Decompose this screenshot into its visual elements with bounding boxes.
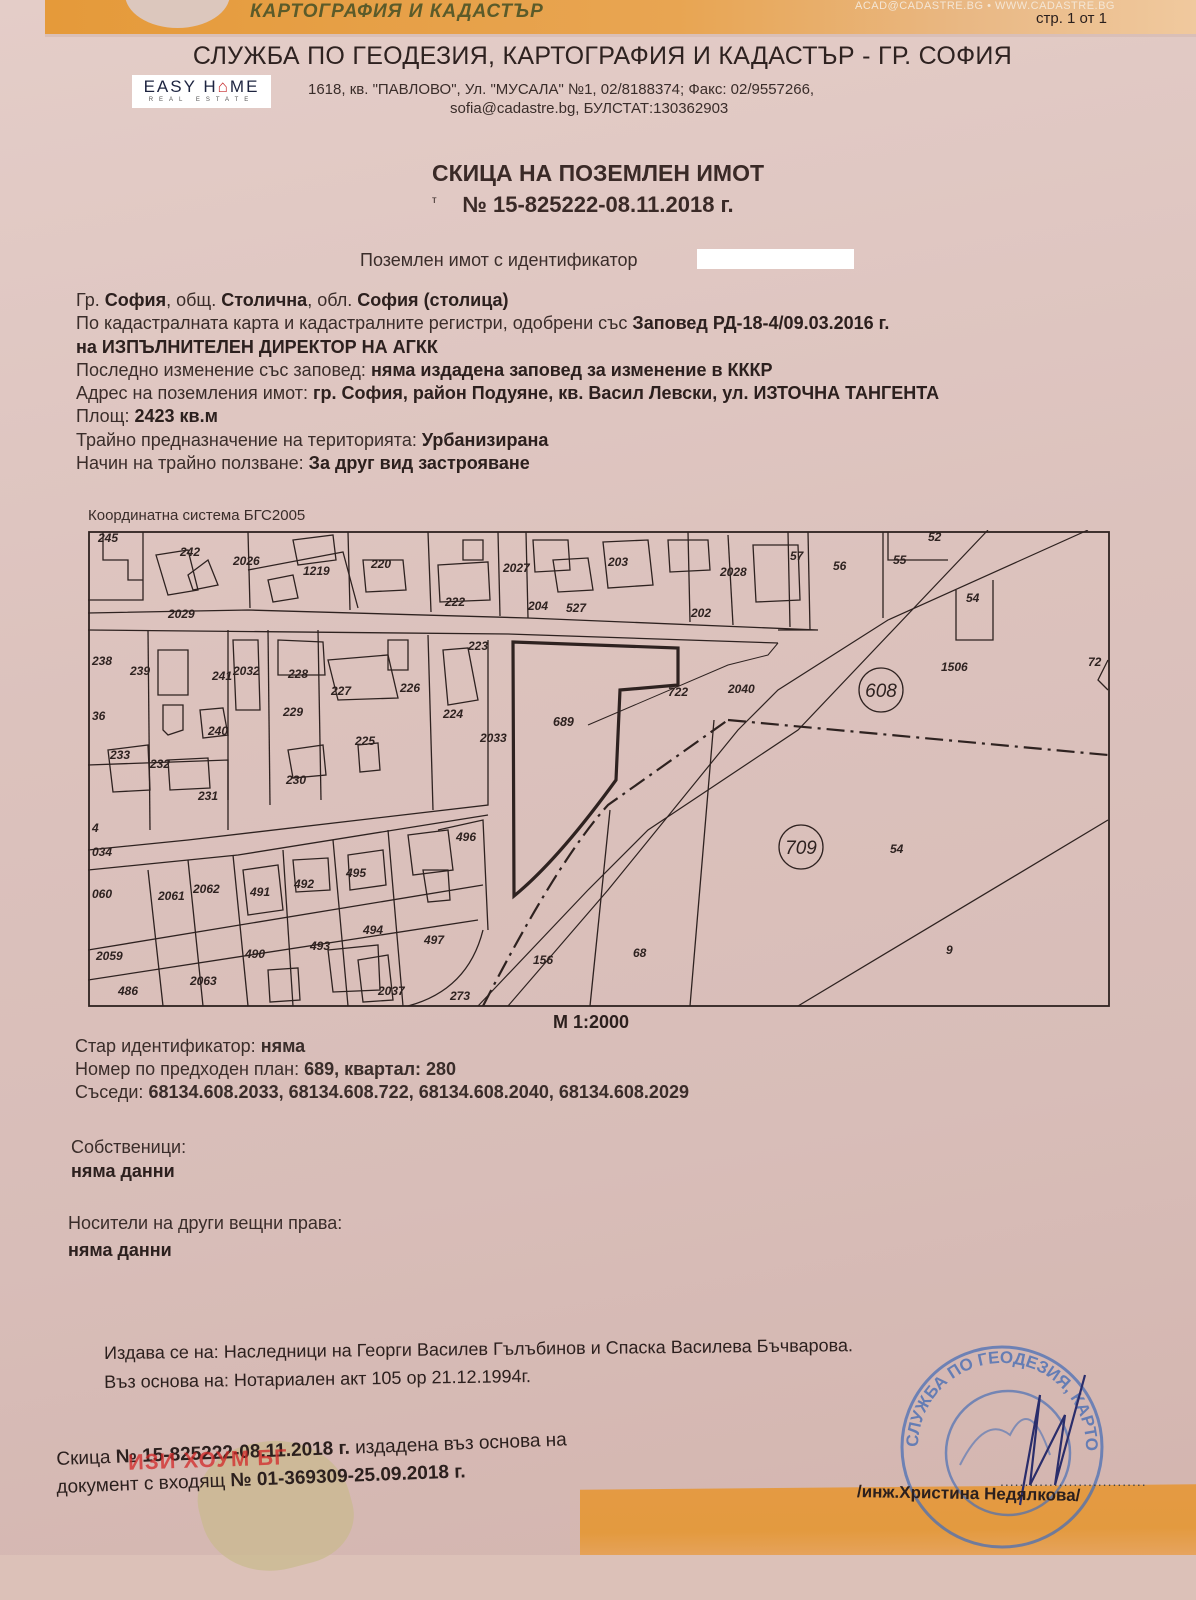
svg-text:55: 55 [893,553,907,567]
svg-text:4: 4 [91,821,99,835]
svg-text:2028: 2028 [719,565,747,579]
header-band-edge [45,34,1196,37]
svg-text:230: 230 [285,773,306,787]
rights-value: няма данни [68,1240,172,1261]
svg-text:241: 241 [211,669,232,683]
svg-text:034: 034 [92,845,112,859]
map-scale: М 1:2000 [553,1012,629,1033]
cadastral-map: 2452422026 1219220222 20272032028 575655… [88,530,1110,1008]
old-identifier-line: Стар идентификатор: няма [75,1035,689,1058]
svg-text:2032: 2032 [232,664,260,678]
map-basis-line: По кадастралната карта и кадастралните р… [76,312,939,335]
svg-text:2059: 2059 [95,949,123,963]
svg-text:226: 226 [399,681,420,695]
svg-text:228: 228 [287,667,308,681]
svg-text:2040: 2040 [727,682,755,696]
red-watermark: ИЗИ ХОУМ БГ [128,1444,288,1476]
location-line: Гр. София, общ. Столична, обл. София (ст… [76,289,939,312]
svg-text:156: 156 [533,953,553,967]
svg-text:2029: 2029 [167,607,195,621]
svg-text:242: 242 [179,545,200,559]
svg-text:273: 273 [449,989,470,1003]
svg-text:245: 245 [97,531,118,545]
svg-text:202: 202 [690,606,711,620]
svg-text:68: 68 [633,946,647,960]
svg-text:54: 54 [966,591,980,605]
svg-text:491: 491 [249,885,270,899]
property-info: Гр. София, общ. Столична, обл. София (ст… [76,289,939,475]
identifier-redacted [697,249,854,269]
svg-text:527: 527 [566,601,587,615]
easy-home-logo: EASY H⌂ME REAL ESTATE [132,75,271,108]
svg-text:231: 231 [197,789,218,803]
svg-text:709: 709 [785,838,817,859]
identifier-label: Поземлен имот с идентификатор [360,250,638,271]
signer-name: /инж.Христина Недялкова/ [857,1482,1081,1506]
service-email-bulstat: sofia@cadastre.bg, БУЛСТАТ:130362903 [450,100,728,117]
footer-edge [0,1555,1196,1600]
svg-text:495: 495 [345,866,366,880]
svg-text:060: 060 [92,887,112,901]
svg-text:497: 497 [423,933,445,947]
page-number: стр. 1 от 1 [1036,10,1107,27]
parcel-details: Стар идентификатор: няма Номер по предхо… [75,1035,689,1104]
svg-text:204: 204 [527,599,548,613]
svg-text:54: 54 [890,842,904,856]
address-line: Адрес на поземления имот: гр. София, рай… [76,382,939,405]
svg-text:227: 227 [330,684,352,698]
area-line: Площ: 2423 кв.м [76,405,939,428]
issued-to-line: Издава се на: Наследници на Георги Васил… [104,1335,853,1364]
svg-text:1506: 1506 [941,660,968,674]
svg-text:225: 225 [354,734,375,748]
service-title: СЛУЖБА ПО ГЕОДЕЗИЯ, КАРТОГРАФИЯ И КАДАСТ… [0,42,1196,71]
svg-text:1219: 1219 [303,564,330,578]
usage-line: Начин на трайно ползване: За друг вид за… [76,452,939,475]
last-change-line: Последно изменение със заповед: няма изд… [76,359,939,382]
svg-text:232: 232 [149,757,170,771]
svg-text:222: 222 [444,595,465,609]
svg-text:203: 203 [607,555,628,569]
svg-text:56: 56 [833,559,847,573]
svg-text:2033: 2033 [479,731,507,745]
svg-text:689: 689 [553,715,574,729]
house-icon: ⌂ [218,77,230,96]
owners-label: Собственици: [71,1137,186,1158]
neighbours-line: Съседи: 68134.608.2033, 68134.608.722, 6… [75,1081,689,1104]
rights-label: Носители на други вещни права: [68,1213,342,1234]
department-name: КАРТОГРАФИЯ И КАДАСТЪР [250,1,544,23]
svg-text:722: 722 [668,685,688,699]
svg-text:2061: 2061 [157,889,185,903]
service-address: 1618, кв. "ПАВЛОВО", Ул. "МУСАЛА" №1, 02… [308,79,814,100]
document-number: № 15-825222-08.11.2018 г. [0,192,1196,218]
svg-text:2027: 2027 [502,561,531,575]
svg-text:229: 229 [282,705,303,719]
owners-value: няма данни [71,1161,175,1182]
svg-text:494: 494 [362,923,383,937]
svg-text:57: 57 [790,549,805,563]
svg-text:220: 220 [370,557,391,571]
map-basis-issuer: на ИЗПЪЛНИТЕЛЕН ДИРЕКТОР НА АГКК [76,336,939,359]
purpose-line: Трайно предназначение на територията: Ур… [76,429,939,452]
svg-text:496: 496 [455,830,476,844]
basis-line: Въз основа на: Нотариален акт 105 ор 21.… [104,1366,531,1393]
svg-text:2037: 2037 [377,984,406,998]
svg-text:72: 72 [1088,655,1102,669]
svg-text:9: 9 [946,943,953,957]
coordinate-system-label: Координатна система БГС2005 [88,507,305,524]
svg-text:2063: 2063 [189,974,217,988]
svg-text:233: 233 [109,748,130,762]
svg-text:608: 608 [865,681,897,702]
svg-text:240: 240 [207,724,228,738]
svg-text:239: 239 [129,664,150,678]
svg-text:2062: 2062 [192,882,220,896]
svg-text:238: 238 [91,654,112,668]
easy-home-sub: REAL ESTATE [132,96,271,104]
easy-home-brand: EASY H⌂ME [132,78,271,96]
svg-text:224: 224 [442,707,463,721]
svg-text:52: 52 [928,530,942,544]
document-title: СКИЦА НА ПОЗЕМЛЕН ИМОТ [0,160,1196,187]
svg-text:36: 36 [92,709,106,723]
svg-text:492: 492 [293,877,314,891]
svg-text:223: 223 [467,639,488,653]
svg-text:2026: 2026 [232,554,260,568]
official-stamp: СЛУЖБА ПО ГЕОДЕЗИЯ, КАРТОГРАФИЯ И КАДАСТ… [890,1335,1115,1560]
svg-text:493: 493 [309,939,330,953]
svg-text:490: 490 [244,947,265,961]
svg-text:486: 486 [117,984,138,998]
previous-plan-line: Номер по предходен план: 689, квартал: 2… [75,1058,689,1081]
